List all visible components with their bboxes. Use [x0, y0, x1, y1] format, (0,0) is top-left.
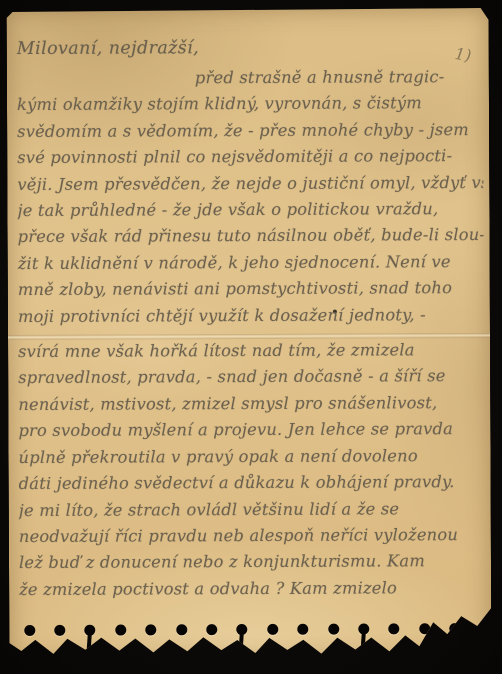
perforation-hole: [115, 625, 126, 636]
perforation-hole: [480, 623, 491, 634]
perforation-hole: [419, 623, 430, 634]
letter-line: nenávist, mstivost, zmizel smysl pro sná…: [18, 390, 484, 418]
letter-line: svírá mne však hořká lítost nad tím, že …: [18, 337, 484, 365]
perforation-hole: [358, 623, 369, 634]
letter-greeting: Milovaní, nejdražší,: [17, 32, 483, 66]
letter-line: je mi líto, že strach ovládl většinu lid…: [19, 495, 485, 523]
letter-line: lež buď z donucení nebo z konjunkturismu…: [19, 548, 485, 576]
letter-line: mně zloby, nenávisti ani pomstychtivosti…: [18, 275, 484, 303]
perforation-hole: [206, 624, 217, 635]
letter-line: své povinnosti plnil co nejsvědomitěji a…: [17, 143, 483, 171]
letter-line: moji protivníci chtějí využít k dosažení…: [18, 302, 484, 330]
letter-line: je tak průhledné - že jde však o politic…: [17, 196, 483, 224]
perforation-hole: [54, 625, 65, 636]
letter-line: věji. Jsem přesvědčen, že nejde o justič…: [17, 170, 483, 198]
scanned-letter-photo: 1) Milovaní, nejdražší, před strašně a h…: [0, 0, 502, 674]
perforation-hole: [328, 624, 339, 635]
perforation-hole: [145, 624, 156, 635]
letter-line: spravedlnost, pravda, - snad jen dočasně…: [18, 363, 484, 391]
perforation-hole: [24, 625, 35, 636]
letter-line: dáti jediného svědectví a důkazu k obháj…: [19, 469, 485, 497]
letter-paper: 1) Milovaní, nejdražší, před strašně a h…: [7, 8, 492, 662]
perforation-hole: [176, 624, 187, 635]
perforation-hole: [237, 624, 248, 635]
letter-line: před strašně a hnusně tragic-: [17, 64, 483, 92]
letter-line: pro svobodu myšlení a projevu. Jen lehce…: [18, 416, 484, 444]
perforation-hole: [449, 623, 460, 634]
letter-line: žit k uklidnění v národě, k jeho sjednoc…: [18, 249, 484, 277]
perforation-hole: [85, 625, 96, 636]
perforation-hole: [389, 623, 400, 634]
letter-line: přece však rád přinesu tuto násilnou obě…: [18, 222, 484, 250]
letter-line: že zmizela poctivost a odvaha ? Kam zmiz…: [19, 575, 485, 603]
letter-line: svědomím a s vědomím, že - přes mnohé ch…: [17, 117, 483, 145]
letter-line: neodvažují říci pravdu neb alespoň neříc…: [19, 522, 485, 550]
letter-body: Milovaní, nejdražší, před strašně a hnus…: [17, 32, 486, 626]
perforation-hole: [267, 624, 278, 635]
letter-line: úplně překroutila v pravý opak a není do…: [18, 443, 484, 471]
letter-line: kými okamžiky stojím klidný, vyrovnán, s…: [17, 90, 483, 118]
perforation-hole: [297, 624, 308, 635]
